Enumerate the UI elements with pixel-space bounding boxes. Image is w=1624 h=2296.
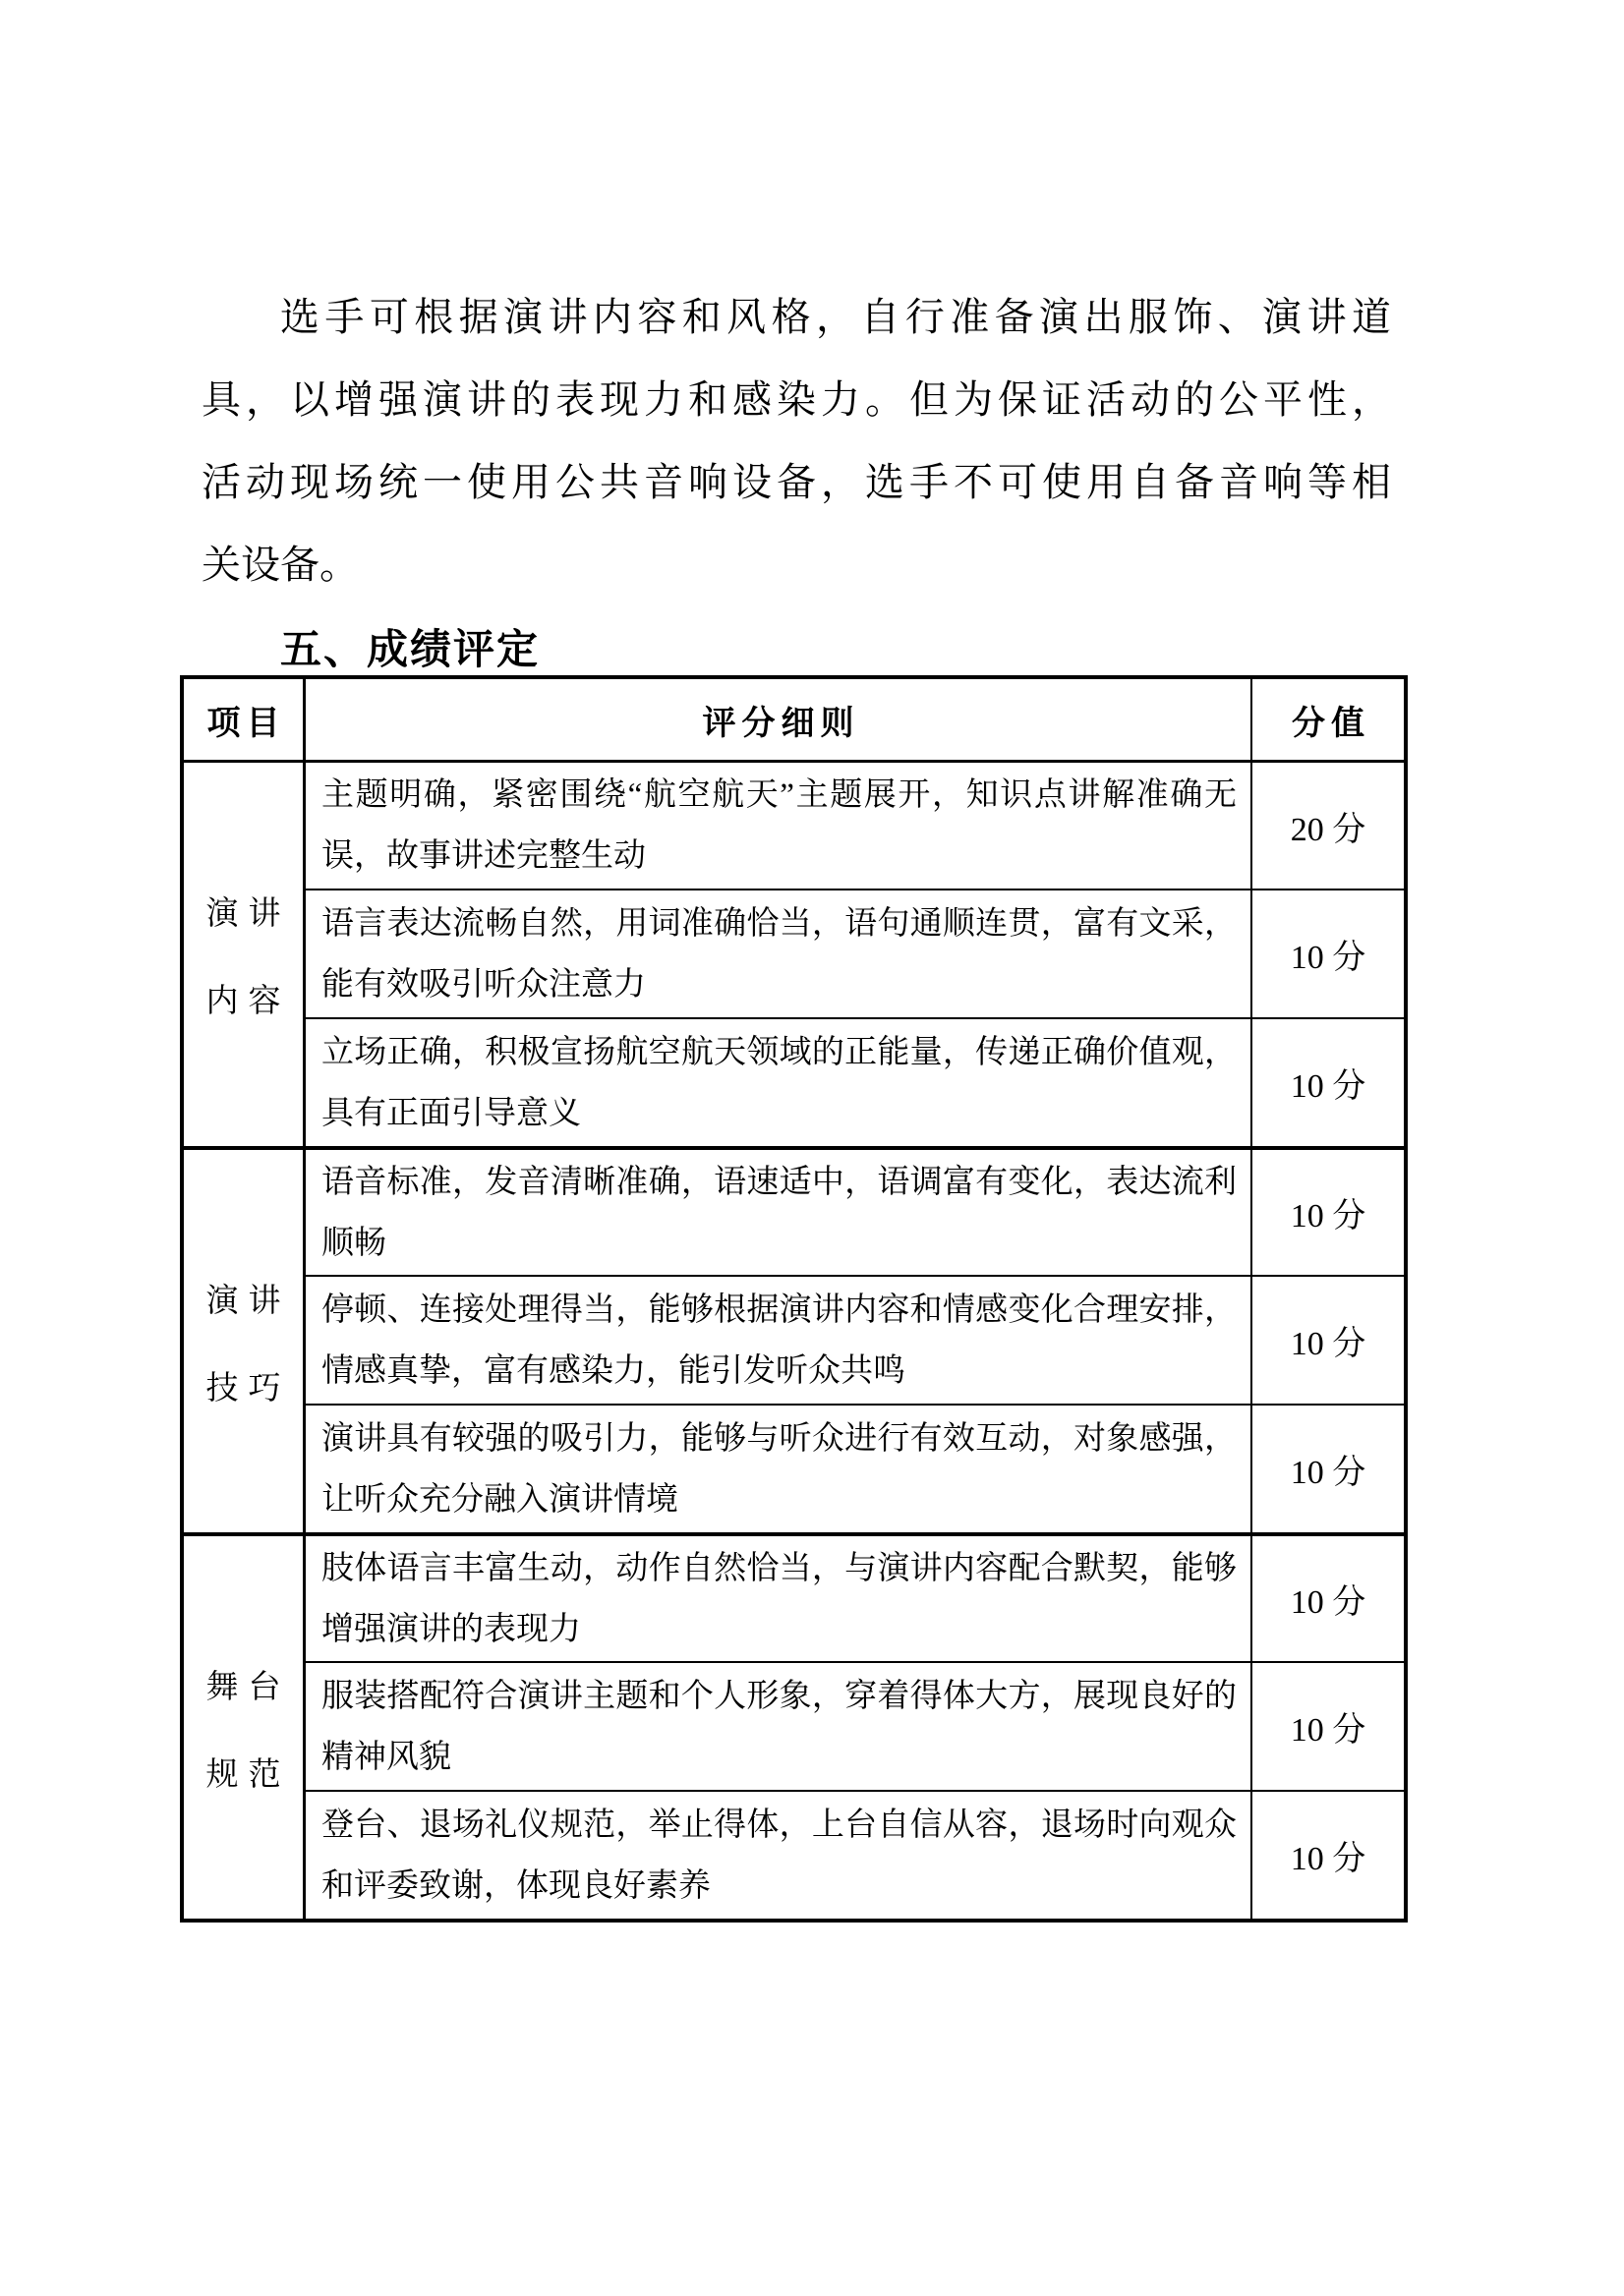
score-cell: 10 分 [1250,1661,1404,1790]
group-label-line: 舞台 [206,1661,291,1707]
group-label-line: 内容 [206,975,291,1021]
group-label-stage-etiquette: 舞台 规范 [184,1532,303,1919]
group-label-line: 规范 [206,1749,291,1795]
criteria-text: 语音标准，发音清晰准确，语速适中，语调富有变化，表达流利顺畅 [321,1152,1237,1274]
score-cell: 10 分 [1250,1532,1404,1661]
document-page: 选手可根据演讲内容和风格，自行准备演出服饰、演讲道 具，以增强演讲的表现力和感染… [0,0,1624,2296]
paragraph-line: 选手可根据演讲内容和风格，自行准备演出服饰、演讲道 [202,276,1391,359]
criteria-text: 主题明确，紧密围绕“航空航天”主题展开，知识点讲解准确无误，故事讲述完整生动 [321,765,1237,887]
header-criteria-label: 评分细则 [703,696,860,744]
criteria-cell: 语言表达流畅自然，用词准确恰当，语句通顺连贯，富有文采，能有效吸引听众注意力 [303,889,1250,1017]
table-header-score: 分值 [1250,679,1404,760]
criteria-cell: 语音标准，发音清晰准确，语速适中，语调富有变化，表达流利顺畅 [303,1146,1250,1275]
criteria-text: 服装搭配符合演讲主题和个人形象，穿着得体大方，展现良好的精神风貌 [321,1666,1237,1788]
score-cell: 10 分 [1250,1017,1404,1146]
group-label-line: 演讲 [206,1275,291,1321]
criteria-text: 登台、退场礼仪规范，举止得体，上台自信从容，退场时向观众和评委致谢，体现良好素养 [321,1795,1237,1917]
paragraph-line: 关设备。 [202,524,1391,606]
criteria-text: 演讲具有较强的吸引力，能够与听众进行有效互动，对象感强，让听众充分融入演讲情境 [321,1408,1237,1530]
header-score-label: 分值 [1292,696,1370,744]
score-cell: 10 分 [1250,1404,1404,1532]
paragraph-line: 活动现场统一使用公共音响设备，选手不可使用自备音响等相 [202,441,1391,524]
paragraph-line: 具，以增强演讲的表现力和感染力。但为保证活动的公平性， [202,359,1391,441]
score-cell: 20 分 [1250,760,1404,889]
criteria-cell: 登台、退场礼仪规范，举止得体，上台自信从容，退场时向观众和评委致谢，体现良好素养 [303,1790,1250,1919]
group-label-line: 技巧 [206,1362,291,1408]
score-cell: 10 分 [1250,1146,1404,1275]
criteria-cell: 服装搭配符合演讲主题和个人形象，穿着得体大方，展现良好的精神风貌 [303,1661,1250,1790]
criteria-cell: 停顿、连接处理得当，能够根据演讲内容和情感变化合理安排，情感真挚，富有感染力，能… [303,1275,1250,1404]
criteria-cell: 主题明确，紧密围绕“航空航天”主题展开，知识点讲解准确无误，故事讲述完整生动 [303,760,1250,889]
criteria-text: 肢体语言丰富生动，动作自然恰当，与演讲内容配合默契，能够增强演讲的表现力 [321,1538,1237,1660]
criteria-text: 语言表达流畅自然，用词准确恰当，语句通顺连贯，富有文采，能有效吸引听众注意力 [321,893,1237,1015]
section-heading: 五、成绩评定 [280,617,540,676]
group-label-speech-content: 演讲 内容 [184,760,303,1146]
score-cell: 10 分 [1250,889,1404,1017]
group-label-speech-skills: 演讲 技巧 [184,1146,303,1532]
table-header-criteria: 评分细则 [303,679,1250,760]
intro-paragraph: 选手可根据演讲内容和风格，自行准备演出服饰、演讲道 具，以增强演讲的表现力和感染… [202,276,1391,606]
score-cell: 10 分 [1250,1790,1404,1919]
criteria-cell: 立场正确，积极宣扬航空航天领域的正能量，传递正确价值观，具有正面引导意义 [303,1017,1250,1146]
criteria-cell: 演讲具有较强的吸引力，能够与听众进行有效互动，对象感强，让听众充分融入演讲情境 [303,1404,1250,1532]
group-label-line: 演讲 [206,888,291,934]
score-cell: 10 分 [1250,1275,1404,1404]
header-item-label: 项目 [207,696,286,744]
criteria-text: 立场正确，积极宣扬航空航天领域的正能量，传递正确价值观，具有正面引导意义 [321,1022,1237,1144]
criteria-cell: 肢体语言丰富生动，动作自然恰当，与演讲内容配合默契，能够增强演讲的表现力 [303,1532,1250,1661]
scoring-table: 项目 评分细则 分值 演讲 内容 主题明确，紧密围绕“航空航天”主题展开，知识点… [180,675,1408,1923]
criteria-text: 停顿、连接处理得当，能够根据演讲内容和情感变化合理安排，情感真挚，富有感染力，能… [321,1280,1237,1402]
table-header-item: 项目 [184,679,303,760]
